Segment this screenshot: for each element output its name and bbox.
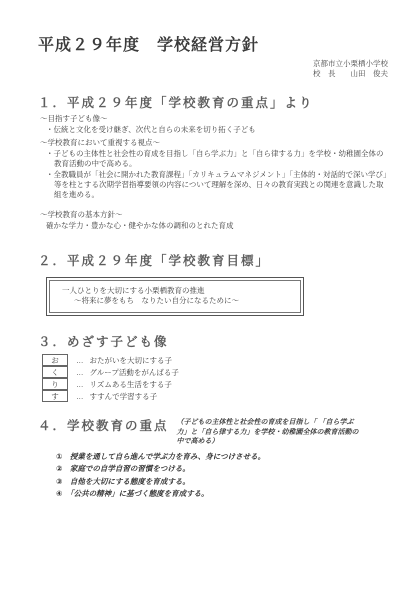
section-2: ２．平成２９年度「学校教育目標」 一人ひとりを大切にする小栗栖教育の推進 ～将来… [38,251,390,316]
viewpoint-item: ・子どもの主体性と社会性の育成を目指し「自ら学ぶ力」と「自ら律する力」を学校・幼… [46,149,390,169]
goal-line-1: 一人ひとりを大切にする小栗栖教育の推進 [62,286,290,296]
document-page: 平成２９年度 学校経営方針 京都市立小栗栖小学校 校 長 山田 俊夫 １．平成２… [0,0,420,594]
ellipsis-separator: … [76,356,84,365]
section-4-header: ４．学校教育の重点 （子どもの主体性と社会性の育成を目指し「 「自ら学ぶ力」と「… [38,416,390,447]
byline-block: 京都市立小栗栖小学校 校 長 山田 俊夫 [38,59,390,79]
acrostic-text: おたがいを大切にする子 [90,355,173,366]
ellipsis-separator: … [76,380,84,389]
priority-item: ② 家庭での自学自習の習慣をつける。 [56,463,390,476]
acrostic-letter-box: お [42,354,68,366]
viewpoint-title: ～学校教育において重視する視点～ [40,138,390,148]
principal-name: 校 長 山田 俊夫 [38,69,388,79]
school-name: 京都市立小栗栖小学校 [38,59,388,69]
target-child-item: ・伝統と文化を受け継ぎ、次代と自らの未来を切り拓く子ども [46,125,390,135]
priority-item: ④ 「公共の精神」に基づく態度を育成する。 [56,488,390,501]
section-2-heading: ２．平成２９年度「学校教育目標」 [38,251,390,269]
school-goal-box-inner: 一人ひとりを大切にする小栗栖教育の推進 ～将来に夢をもち なりたい自分になるため… [49,280,301,313]
viewpoint-item: ・全教職員が「社会に開かれた教育課程」「カリキュラムマネジメント」「主体的・対話… [46,170,390,200]
acrostic-list: お … おたがいを大切にする子 く … グループ活動をがんばる子 り … リズム… [42,354,390,402]
acrostic-text: すすんで学習する子 [90,391,158,402]
section-4: ４．学校教育の重点 （子どもの主体性と社会性の育成を目指し「 「自ら学ぶ力」と「… [38,416,390,501]
priority-item: ① 授業を通して自ら進んで学ぶ力を育み、身につけさせる。 [56,451,390,464]
acrostic-text: グループ活動をがんばる子 [90,367,179,378]
list-item: す … すすんで学習する子 [42,390,390,402]
priority-list: ① 授業を通して自ら進んで学ぶ力を育み、身につけさせる。 ② 家庭での自学自習の… [56,451,390,501]
section-1: １．平成２９年度「学校教育の重点」より ～目指す子ども像～ ・伝統と文化を受け継… [38,93,390,231]
acrostic-letter-box: く [42,366,68,378]
goal-line-2: ～将来に夢をもち なりたい自分になるために～ [74,296,290,306]
list-item: り … リズムある生活をする子 [42,378,390,390]
target-child-title: ～目指す子ども像～ [40,114,390,124]
school-goal-box: 一人ひとりを大切にする小栗栖教育の推進 ～将来に夢をもち なりたい自分になるため… [46,277,304,316]
acrostic-text: リズムある生活をする子 [90,379,172,390]
section-4-note: （子どもの主体性と社会性の育成を目指し「 「自ら学ぶ力」と「自ら律する力」を学校… [177,418,359,447]
policy-title: ～学校教育の基本方針～ [40,210,390,220]
priority-item: ③ 自他を大切にする態度を育成する。 [56,476,390,489]
section-3: ３．めざす子ども像 お … おたがいを大切にする子 く … グループ活動をがんば… [38,332,390,402]
section-4-heading: ４．学校教育の重点 [38,416,169,434]
acrostic-letter-box: り [42,378,68,390]
ellipsis-separator: … [76,368,84,377]
acrostic-letter-box: す [42,390,68,402]
section-1-heading: １．平成２９年度「学校教育の重点」より [38,93,390,111]
list-item: お … おたがいを大切にする子 [42,354,390,366]
section-3-heading: ３．めざす子ども像 [38,332,390,350]
document-title: 平成２９年度 学校経営方針 [38,32,390,55]
policy-item: 確かな学力・豊かな心・健やかな体の調和のとれた育成 [46,221,390,231]
list-item: く … グループ活動をがんばる子 [42,366,390,378]
ellipsis-separator: … [76,392,84,401]
